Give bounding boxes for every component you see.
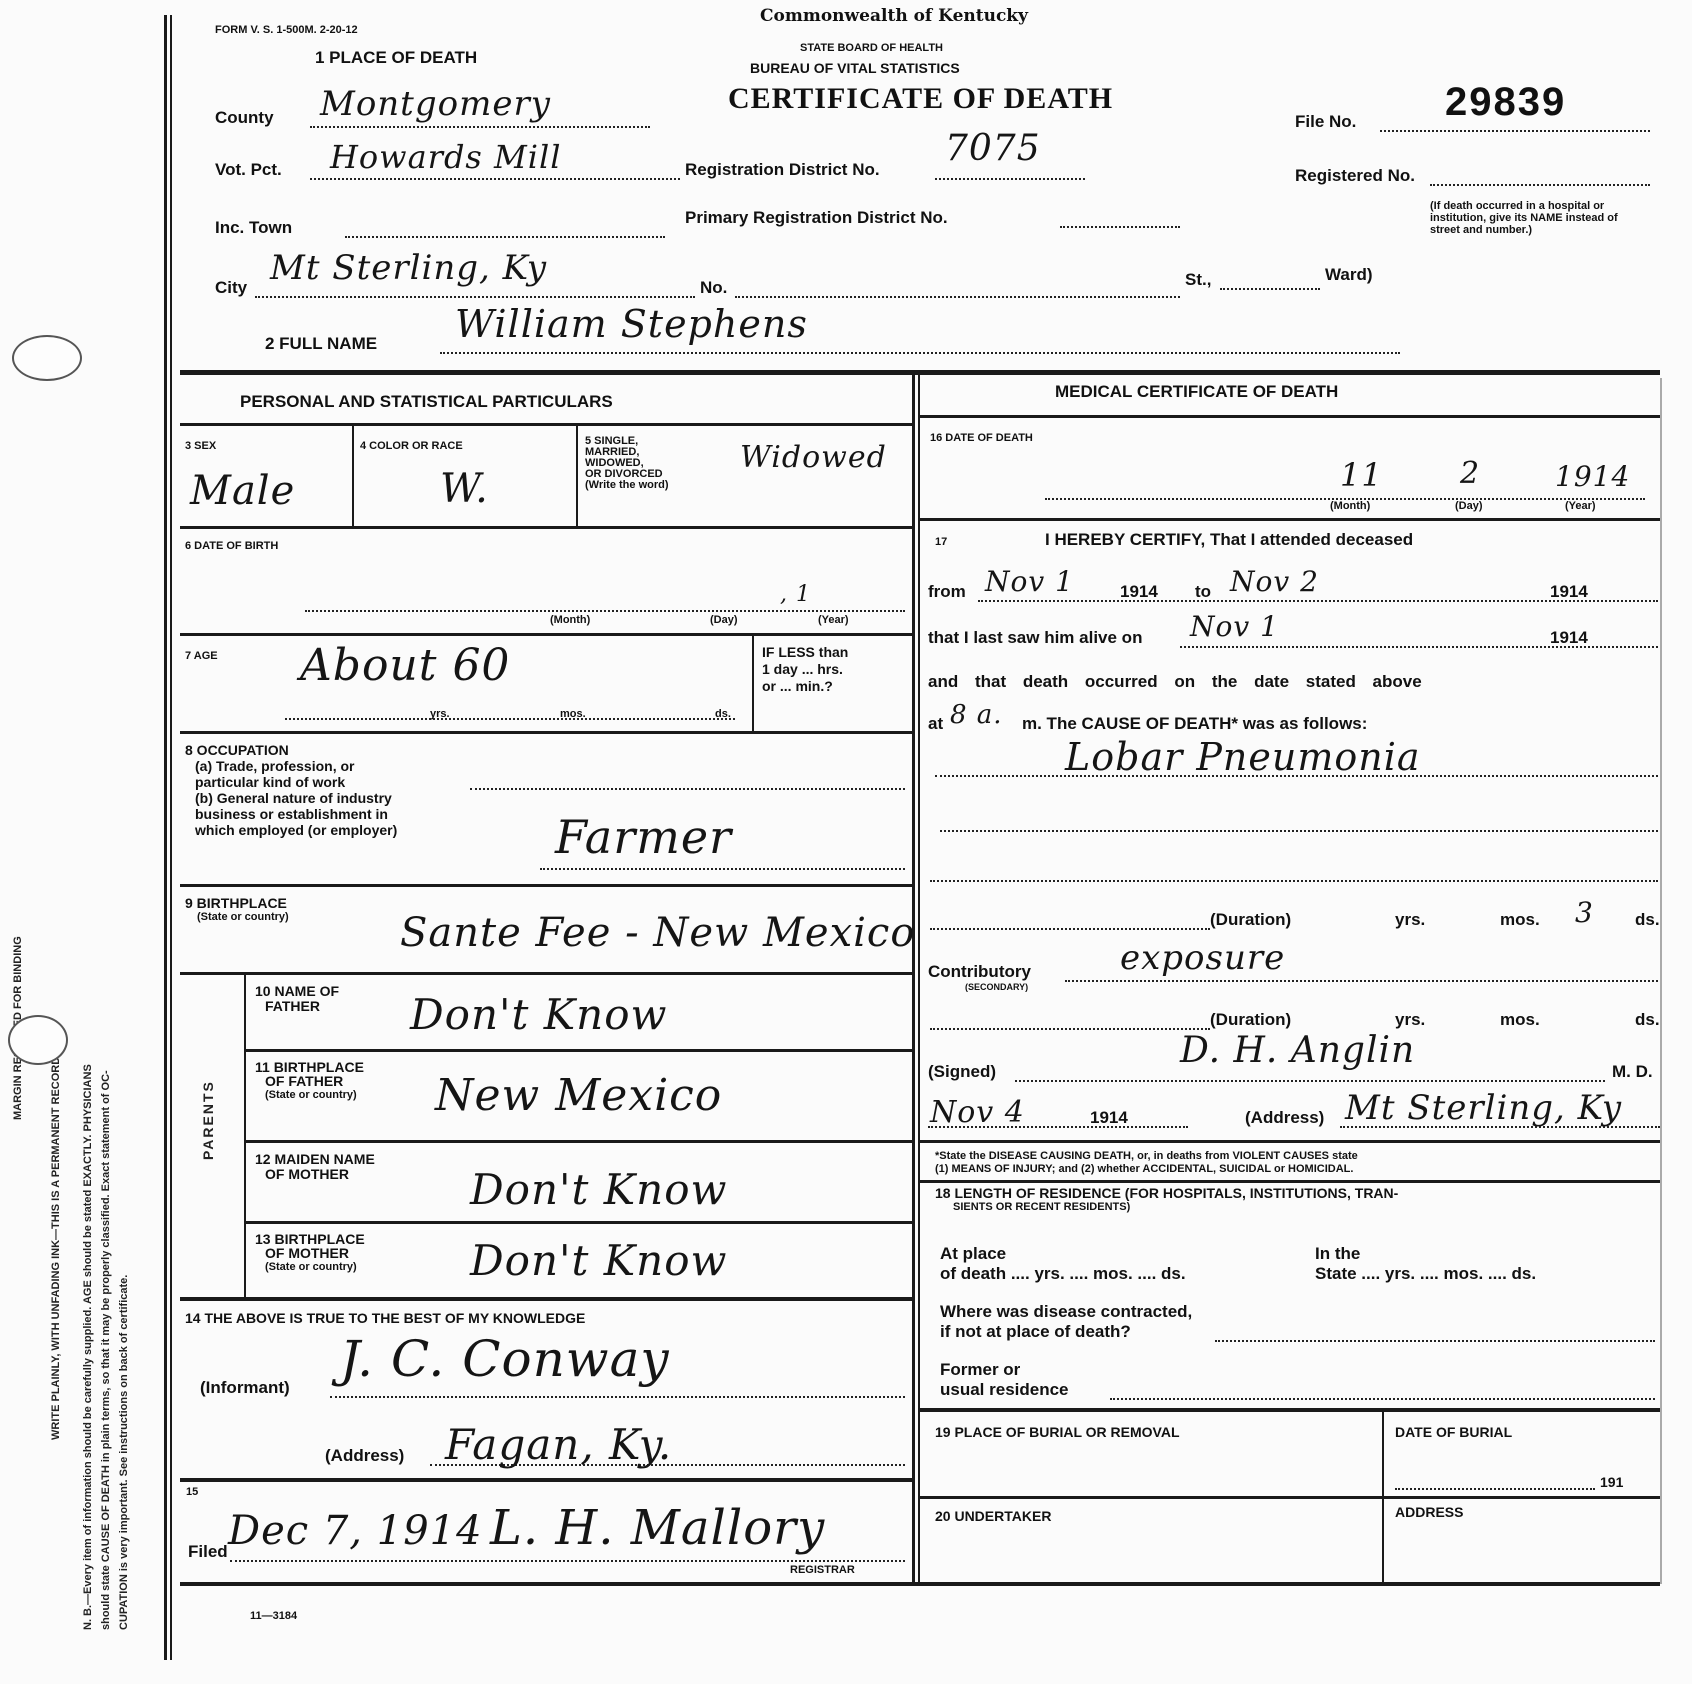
vot-pct-line — [310, 178, 680, 180]
rule — [180, 633, 912, 636]
race-label: 4 COLOR OR RACE — [360, 440, 463, 452]
birthplace-label-line: (State or country) — [185, 910, 289, 924]
dod-year-caption: (Year) — [1565, 500, 1596, 512]
age-label: 7 AGE — [185, 650, 218, 662]
footnote-line: *State the DISEASE CAUSING DEATH, or, in… — [935, 1150, 1358, 1163]
registrar-label: REGISTRAR — [790, 1564, 855, 1576]
father-birthplace-label-line: OF FATHER — [255, 1074, 364, 1088]
last-saw-year: 1914 — [1550, 628, 1588, 648]
birthplace-value[interactable]: Sante Fee - New Mexico — [400, 910, 915, 956]
father-name-label: 10 NAME OF FATHER — [255, 984, 339, 1014]
physician-address-value[interactable]: Mt Sterling, Ky — [1345, 1088, 1622, 1128]
county-line — [310, 126, 650, 128]
physician-signature[interactable]: D. H. Anglin — [1180, 1030, 1415, 1071]
at-place-of-death-row: At place of death .... yrs. .... mos. ..… — [940, 1244, 1186, 1284]
registered-no-label: Registered No. — [1295, 166, 1415, 186]
last-saw-date[interactable]: Nov 1 — [1190, 610, 1279, 643]
cause-line-2 — [940, 830, 1658, 832]
ward-label: Ward) — [1325, 265, 1373, 285]
former-residence-line: usual residence — [940, 1380, 1069, 1400]
margin-write-plainly-text: WRITE PLAINLY, WITH UNFADING INK—THIS IS… — [50, 1057, 62, 1440]
rule — [180, 423, 912, 426]
commonwealth-title: Commonwealth of Kentucky — [760, 6, 1028, 26]
attended-from-date[interactable]: Nov 1 — [985, 565, 1074, 598]
marital-label: 5 SINGLE, MARRIED, WIDOWED, OR DIVORCED … — [585, 436, 669, 491]
footnote-line: (1) MEANS OF INJURY; and (2) whether ACC… — [935, 1163, 1358, 1176]
hospital-note: (If death occurred in a hospital or inst… — [1430, 200, 1650, 236]
duration-yrs: yrs. — [1395, 910, 1425, 930]
file-no-value[interactable]: 29839 — [1445, 80, 1566, 125]
margin-rule-inner — [170, 15, 172, 1660]
rule — [920, 518, 1660, 521]
vot-pct-label: Vot. Pct. — [215, 160, 282, 180]
cause-text: m. The CAUSE OF DEATH* was as follows: — [1022, 714, 1367, 734]
file-no-line — [1380, 130, 1650, 132]
duration-mos-2: mos. — [1500, 1010, 1540, 1030]
mother-birthplace-label-line: (State or country) — [255, 1260, 365, 1274]
marital-value[interactable]: Widowed — [740, 440, 887, 475]
undertaker-address-label: ADDRESS — [1395, 1504, 1463, 1520]
inc-town-line — [345, 236, 665, 238]
margin-note-line-3: CUPATION is very important. See instruct… — [118, 1275, 130, 1630]
rule — [180, 526, 912, 529]
primary-registration-line — [1060, 226, 1180, 228]
street-no-line — [735, 296, 1180, 298]
birthplace-label-line: 9 BIRTHPLACE — [185, 896, 289, 910]
dod-label: 16 DATE OF DEATH — [930, 432, 1033, 444]
contracted-label-line: Where was disease contracted, — [940, 1302, 1192, 1322]
in-state-fields: State .... yrs. .... mos. .... ds. — [1315, 1264, 1536, 1284]
dob-month-caption: (Month) — [550, 614, 590, 626]
duration-ds: ds. — [1635, 910, 1660, 930]
dod-year[interactable]: 1914 — [1555, 460, 1630, 493]
occupation-label-line: 8 OCCUPATION — [185, 742, 397, 758]
secondary-label: (SECONDARY) — [965, 982, 1028, 992]
md-label: M. D. — [1612, 1062, 1653, 1082]
dod-day[interactable]: 2 — [1460, 456, 1480, 491]
true-statement: 14 THE ABOVE IS TRUE TO THE BEST OF MY K… — [185, 1310, 585, 1326]
filed-label: Filed — [188, 1542, 228, 1562]
former-residence-line: Former or — [940, 1360, 1069, 1380]
burial-date-line — [1395, 1488, 1595, 1490]
last-saw-label: that I last saw him alive on — [928, 628, 1142, 648]
duration-ds-2: ds. — [1635, 1010, 1660, 1030]
attended-to-date[interactable]: Nov 2 — [1230, 565, 1319, 598]
cause-value[interactable]: Lobar Pneumonia — [1065, 735, 1421, 779]
dod-month[interactable]: 11 — [1340, 456, 1383, 494]
rule — [246, 1140, 912, 1143]
signed-date[interactable]: Nov 4 — [930, 1095, 1025, 1130]
duration-line — [930, 928, 1210, 930]
full-name-label: 2 FULL NAME — [265, 334, 377, 354]
attended-to-label: to — [1195, 582, 1211, 602]
registration-district-value[interactable]: 7075 — [945, 128, 1041, 169]
informant-label: (Informant) — [200, 1378, 290, 1398]
residence-label-line: 18 LENGTH OF RESIDENCE (FOR HOSPITALS, I… — [935, 1186, 1398, 1200]
contributory-value[interactable]: exposure — [1120, 938, 1285, 978]
certify-text: I HEREBY CERTIFY, That I attended deceas… — [1045, 530, 1413, 550]
rule — [576, 426, 578, 526]
column-divider — [912, 375, 915, 1585]
filed-date-value[interactable]: Dec 7, 1914 — [228, 1508, 483, 1554]
contracted-label-line: if not at place of death? — [940, 1322, 1192, 1342]
registered-no-line — [1430, 184, 1650, 186]
punch-hole-top — [12, 335, 82, 381]
attended-to-year: 1914 — [1550, 582, 1588, 602]
rule — [180, 884, 912, 887]
father-birthplace-label: 11 BIRTHPLACE OF FATHER (State or countr… — [255, 1060, 364, 1102]
city-label: City — [215, 278, 247, 298]
occupation-label-line: which employed (or employer) — [185, 822, 397, 838]
signed-year: 1914 — [1090, 1108, 1128, 1128]
contributory-line — [1065, 980, 1658, 982]
contributory-label: Contributory — [928, 962, 1031, 982]
footer-divider — [180, 1582, 1660, 1586]
age-line — [285, 718, 735, 720]
undertaker-label: 20 UNDERTAKER — [935, 1508, 1051, 1524]
informant-value[interactable]: J. C. Conway — [340, 1330, 670, 1388]
father-birthplace-value[interactable]: New Mexico — [435, 1070, 722, 1121]
occupation-value[interactable]: Farmer — [555, 810, 732, 864]
file-no-label: File No. — [1295, 112, 1356, 132]
certify-number: 17 — [935, 536, 947, 548]
sex-label: 3 SEX — [185, 440, 216, 452]
sex-value[interactable]: Male — [190, 468, 295, 514]
occupation-label: 8 OCCUPATION (a) Trade, profession, or p… — [185, 742, 397, 838]
contracted-label: Where was disease contracted, if not at … — [940, 1302, 1192, 1342]
county-value[interactable]: Montgomery — [320, 84, 551, 124]
margin-note-line-1: N. B.—Every item of information should b… — [82, 1064, 94, 1630]
father-birthplace-label-line: 11 BIRTHPLACE — [255, 1060, 364, 1074]
age-value[interactable]: About 60 — [300, 640, 510, 691]
rule — [920, 1496, 1660, 1499]
full-name-value[interactable]: William Stephens — [455, 302, 808, 346]
signed-label: (Signed) — [928, 1062, 996, 1082]
vot-pct-value[interactable]: Howards Mill — [330, 138, 561, 176]
occupation-b-line — [540, 868, 905, 870]
duration-label-2: (Duration) — [1210, 1010, 1291, 1030]
mother-maiden-label-line: OF MOTHER — [255, 1167, 375, 1182]
age-unit-mos: mos. — [560, 708, 586, 720]
street-no-label: No. — [700, 278, 727, 298]
filed-number: 15 — [186, 1486, 198, 1498]
if-less-line: IF LESS than — [762, 644, 848, 661]
duration-yrs-2: yrs. — [1395, 1010, 1425, 1030]
race-value[interactable]: W. — [440, 466, 489, 512]
in-state-row: In the State .... yrs. .... mos. .... ds… — [1315, 1244, 1536, 1284]
father-birthplace-label-line: (State or country) — [255, 1088, 364, 1102]
place-of-death-label: 1 PLACE OF DEATH — [315, 48, 477, 68]
street-label: St., — [1185, 270, 1211, 290]
mother-maiden-label: 12 MAIDEN NAME OF MOTHER — [255, 1152, 375, 1182]
if-less-line: or ... min.? — [762, 678, 848, 695]
rule — [180, 972, 912, 975]
informant-line — [330, 1396, 905, 1398]
registration-district-line — [935, 178, 1085, 180]
certificate-title: CERTIFICATE OF DEATH — [728, 82, 1113, 116]
punch-hole-bottom — [8, 1015, 68, 1065]
mother-birthplace-label-line: 13 BIRTHPLACE — [255, 1232, 365, 1246]
mother-birthplace-value[interactable]: Don't Know — [470, 1236, 727, 1285]
header-divider — [180, 370, 1660, 375]
cause-line-3 — [930, 880, 1658, 882]
burial-year-stub: 191 — [1600, 1474, 1623, 1490]
filed-line — [230, 1560, 905, 1562]
informant-address-value[interactable]: Fagan, Ky. — [445, 1420, 672, 1469]
former-residence-label: Former or usual residence — [940, 1360, 1069, 1400]
rule — [920, 1140, 1660, 1143]
rule — [352, 426, 354, 526]
dob-line — [305, 610, 905, 612]
dob-day-caption: (Day) — [710, 614, 738, 626]
rule — [180, 731, 912, 734]
margin-rule-outer — [164, 15, 167, 1660]
father-name-value[interactable]: Don't Know — [410, 990, 667, 1039]
at-place-label: At place — [940, 1244, 1186, 1264]
full-name-line — [440, 352, 1400, 354]
rule — [180, 1478, 912, 1482]
rule — [752, 636, 754, 731]
column-divider-inner — [918, 375, 920, 1585]
cause-footnote: *State the DISEASE CAUSING DEATH, or, in… — [935, 1150, 1358, 1176]
rule — [244, 975, 246, 1300]
contracted-line — [1215, 1340, 1655, 1342]
burial-date-label: DATE OF BURIAL — [1395, 1424, 1512, 1440]
rule — [246, 1221, 912, 1224]
physician-address-label: (Address) — [1245, 1108, 1324, 1128]
attended-from-label: from — [928, 582, 966, 602]
medical-heading: MEDICAL CERTIFICATE OF DEATH — [1055, 382, 1338, 402]
burial-place-label: 19 PLACE OF BURIAL OR REMOVAL — [935, 1424, 1180, 1440]
duration-label: (Duration) — [1210, 910, 1291, 930]
if-less-line: 1 day ... hrs. — [762, 661, 848, 678]
rule — [920, 1180, 1660, 1183]
city-value[interactable]: Mt Sterling, Ky — [270, 248, 547, 288]
occupation-label-line: (b) General nature of industry — [185, 790, 397, 806]
marital-label-line: (Write the word) — [585, 480, 669, 491]
margin-note-line-2: should state CAUSE OF DEATH in plain ter… — [100, 1070, 112, 1630]
former-residence-line-dots — [1110, 1398, 1655, 1400]
registrar-signature[interactable]: L. H. Mallory — [490, 1500, 825, 1556]
form-number: FORM V. S. 1-500M. 2-20-12 — [215, 24, 358, 36]
occurred-text: and that death occurred on the date stat… — [928, 672, 1422, 692]
parents-side-label: PARENTS — [200, 1080, 216, 1160]
if-less-label: IF LESS than 1 day ... hrs. or ... min.? — [762, 644, 848, 695]
rule — [180, 1297, 912, 1301]
duration-line-2 — [930, 1028, 1210, 1030]
father-name-label-line: FATHER — [255, 999, 339, 1014]
at-place-fields: of death .... yrs. .... mos. .... ds. — [940, 1264, 1186, 1284]
residence-label-line: SIENTS OR RECENT RESIDENTS) — [935, 1200, 1398, 1214]
county-label: County — [215, 108, 274, 128]
footer-code: 11—3184 — [250, 1610, 297, 1622]
in-state-label: In the — [1315, 1244, 1536, 1264]
birthplace-label: 9 BIRTHPLACE (State or country) — [185, 896, 289, 924]
duration-mos: mos. — [1500, 910, 1540, 930]
rule — [246, 1049, 912, 1052]
personal-heading: PERSONAL AND STATISTICAL PARTICULARS — [240, 392, 613, 412]
dob-label: 6 DATE OF BIRTH — [185, 540, 278, 552]
father-name-label-line: 10 NAME OF — [255, 984, 339, 999]
dod-month-caption: (Month) — [1330, 500, 1370, 512]
signed-line — [1015, 1080, 1605, 1082]
age-unit-yrs: yrs. — [430, 708, 450, 720]
at-label: at — [928, 714, 943, 734]
dod-day-caption: (Day) — [1455, 500, 1483, 512]
rule — [920, 415, 1660, 418]
board-name: STATE BOARD OF HEALTH — [800, 42, 943, 54]
right-edge-rule — [1660, 378, 1662, 1584]
age-unit-ds: ds. — [715, 708, 731, 720]
attended-from-year: 1914 — [1120, 582, 1158, 602]
rule — [920, 1408, 1660, 1412]
occupation-label-line: (a) Trade, profession, or — [185, 758, 397, 774]
mother-maiden-value[interactable]: Don't Know — [470, 1165, 727, 1214]
primary-registration-label: Primary Registration District No. — [685, 208, 948, 228]
duration-days-value[interactable]: 3 — [1575, 896, 1594, 929]
occupation-label-line: business or establishment in — [185, 806, 397, 822]
bureau-name: BUREAU OF VITAL STATISTICS — [750, 60, 960, 76]
city-line — [255, 296, 695, 298]
occupation-a-line — [470, 788, 905, 790]
mother-birthplace-label-line: OF MOTHER — [255, 1246, 365, 1260]
inc-town-label: Inc. Town — [215, 218, 292, 238]
residence-label: 18 LENGTH OF RESIDENCE (FOR HOSPITALS, I… — [935, 1186, 1398, 1214]
ward-line — [1220, 288, 1320, 290]
dob-year-caption: (Year) — [818, 614, 849, 626]
occupation-label-line: particular kind of work — [185, 774, 397, 790]
mother-birthplace-label: 13 BIRTHPLACE OF MOTHER (State or countr… — [255, 1232, 365, 1274]
dob-value[interactable]: , 1 — [780, 582, 811, 607]
informant-address-label: (Address) — [325, 1446, 404, 1466]
time-of-death[interactable]: 8 a. — [950, 700, 1003, 730]
registration-district-label: Registration District No. — [685, 160, 880, 180]
mother-maiden-label-line: 12 MAIDEN NAME — [255, 1152, 375, 1167]
